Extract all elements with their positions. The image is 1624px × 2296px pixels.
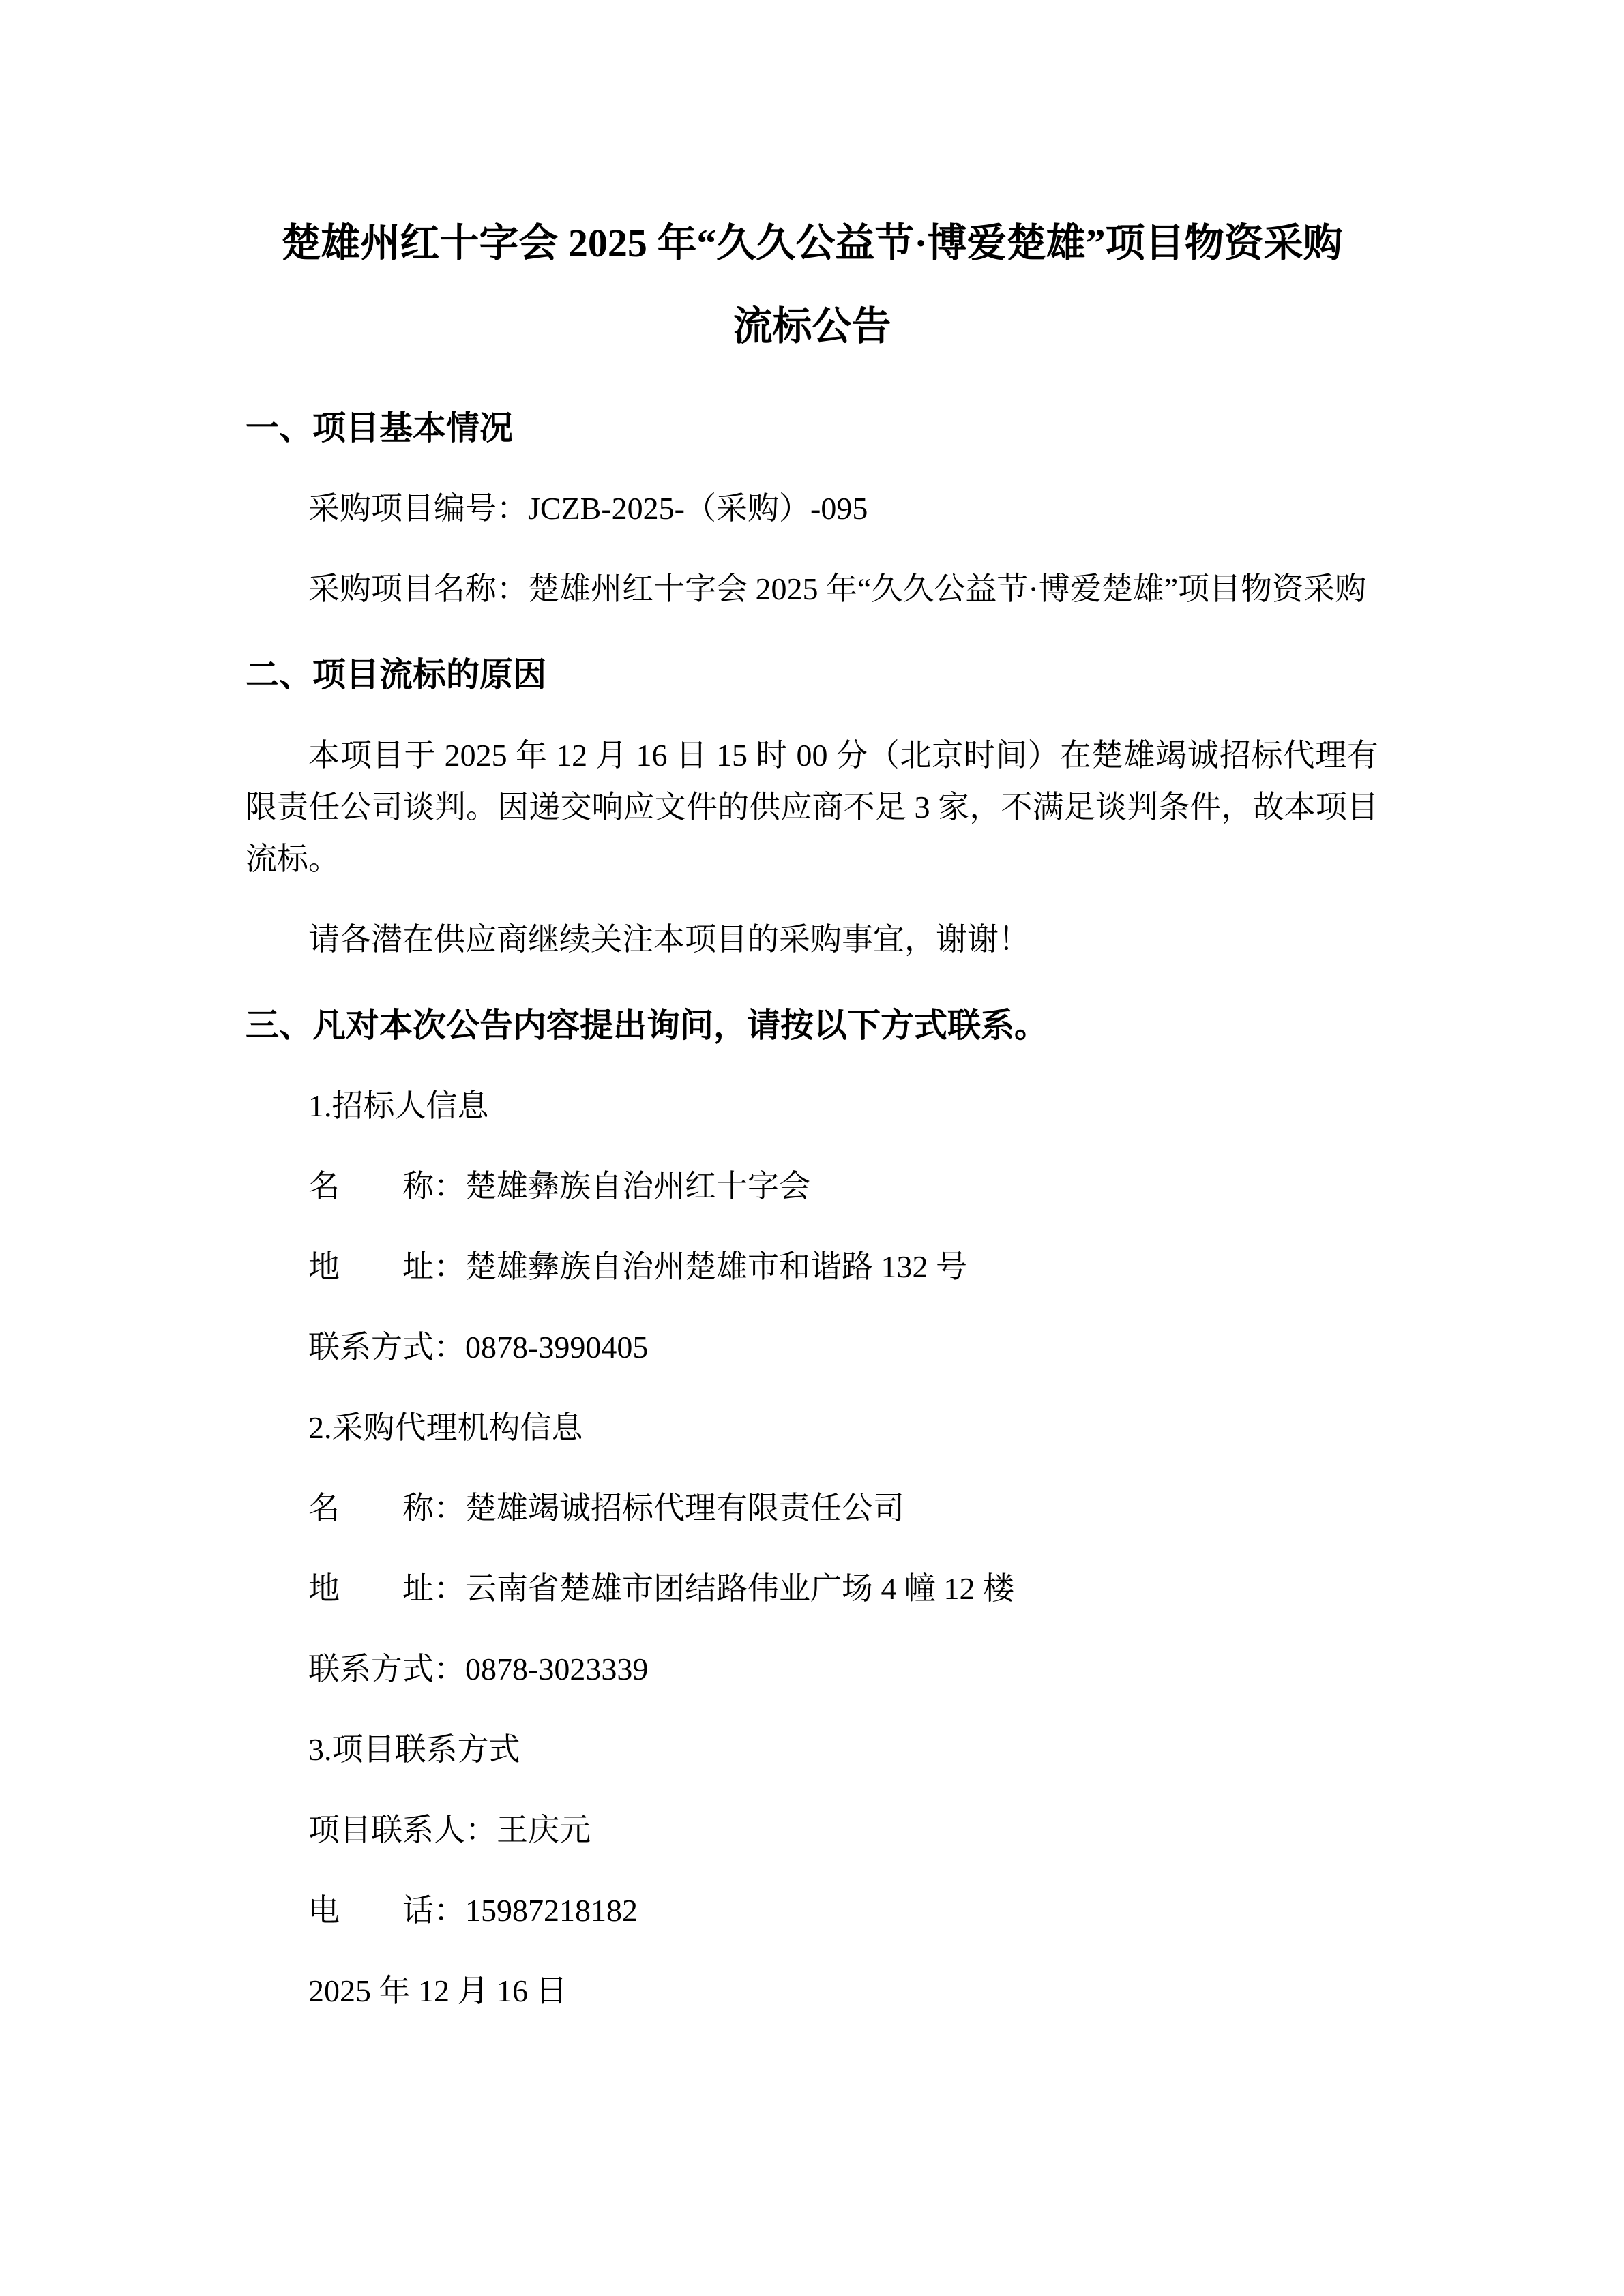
paragraph-agency-address: 地 址：云南省楚雄市团结路伟业广场 4 幢 12 楼 [246, 1563, 1378, 1615]
paragraph-thanks-note: 请各潜在供应商继续关注本项目的采购事宜，谢谢！ [246, 914, 1378, 966]
paragraph-agency-phone: 联系方式：0878-3023339 [246, 1643, 1378, 1695]
paragraph-tenderer-address: 地 址：楚雄彝族自治州楚雄市和谐路 132 号 [246, 1241, 1378, 1293]
document-title-line-2: 流标公告 [246, 285, 1378, 368]
document-page: 楚雄州红十字会 2025 年“久久公益节·博爱楚雄”项目物资采购 流标公告 一、… [0, 0, 1624, 2296]
section-3-heading: 三、凡对本次公告内容提出询问，请按以下方式联系。 [246, 1000, 1378, 1052]
paragraph-tenderer-info-label: 1.招标人信息 [246, 1080, 1378, 1132]
paragraph-tenderer-name: 名 称：楚雄彝族自治州红十字会 [246, 1161, 1378, 1212]
paragraph-project-contact-label: 3.项目联系方式 [246, 1724, 1378, 1776]
document-date: 2025 年 12 月 16 日 [246, 1965, 1378, 2017]
paragraph-contact-person: 项目联系人：王庆元 [246, 1804, 1378, 1856]
paragraph-contact-telephone: 电 话：15987218182 [246, 1885, 1378, 1937]
paragraph-failure-reason: 本项目于 2025 年 12 月 16 日 15 时 00 分（北京时间）在楚雄… [246, 730, 1378, 885]
document-title-line-1: 楚雄州红十字会 2025 年“久久公益节·博爱楚雄”项目物资采购 [246, 202, 1378, 285]
section-1-heading: 一、项目基本情况 [246, 402, 1378, 454]
section-2-heading: 二、项目流标的原因 [246, 649, 1378, 701]
document-title: 楚雄州红十字会 2025 年“久久公益节·博爱楚雄”项目物资采购 流标公告 [246, 202, 1378, 368]
paragraph-agency-name: 名 称：楚雄竭诚招标代理有限责任公司 [246, 1482, 1378, 1534]
paragraph-agency-info-label: 2.采购代理机构信息 [246, 1402, 1378, 1454]
paragraph-project-name: 采购项目名称：楚雄州红十字会 2025 年“久久公益节·博爱楚雄”项目物资采购 [246, 563, 1378, 615]
paragraph-project-number: 采购项目编号：JCZB-2025-（采购）-095 [246, 483, 1378, 535]
paragraph-tenderer-phone: 联系方式：0878-3990405 [246, 1322, 1378, 1373]
